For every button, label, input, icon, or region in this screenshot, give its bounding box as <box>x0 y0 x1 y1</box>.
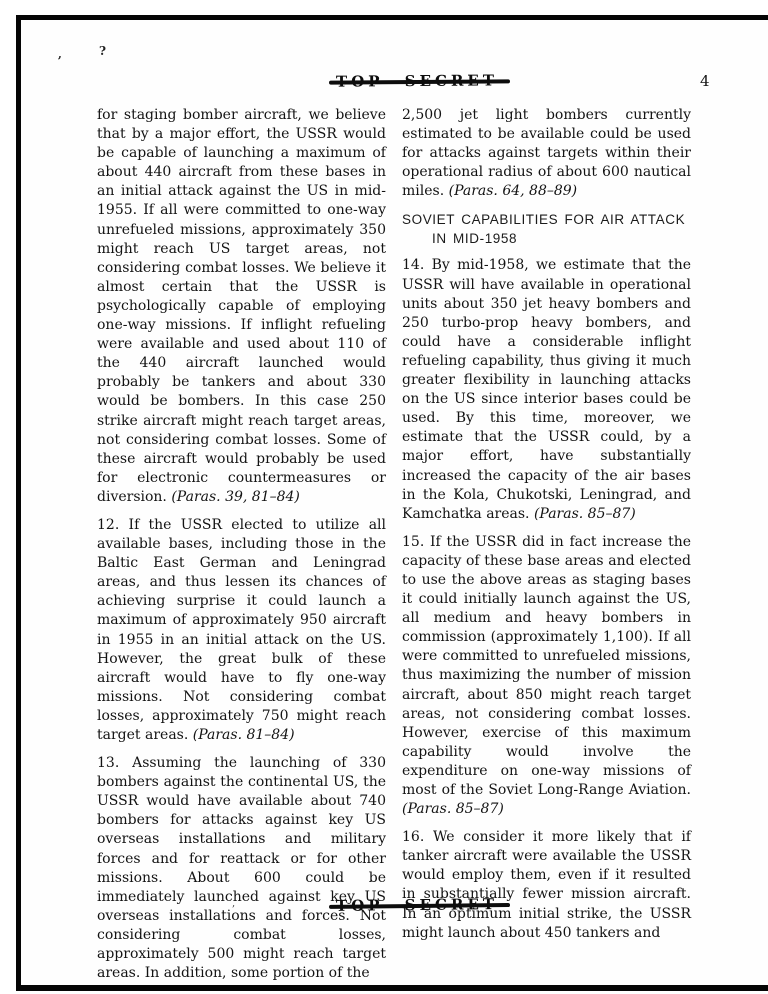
paragraph-reference: (Paras. 64, 88–89) <box>449 183 578 199</box>
section-heading-line1: SOVIET CAPABILITIES FOR AIR ATTACK <box>402 212 685 227</box>
paragraph-16: 16. We consider it more likely that if t… <box>402 828 691 943</box>
paragraph-text: 15. If the USSR did in fact increase the… <box>402 534 691 798</box>
paragraph-14: 14. By mid-1958, we estimate that the US… <box>402 256 691 523</box>
paragraph-15: 15. If the USSR did in fact increase the… <box>402 533 691 819</box>
paragraph-text: 14. By mid-1958, we estimate that the US… <box>402 257 691 521</box>
paragraph-13: 13. Assuming the launching of 330 bomber… <box>97 754 386 983</box>
scan-artifact: ? <box>99 44 106 58</box>
section-heading: SOVIET CAPABILITIES FOR AIR ATTACK IN MI… <box>402 210 691 248</box>
paragraph-text: 12. If the USSR elected to utilize all a… <box>97 517 386 743</box>
paragraph-text: 13. Assuming the launching of 330 bomber… <box>97 755 386 981</box>
right-column: 2,500 jet light bombers currently estima… <box>402 106 691 992</box>
paragraph-reference: (Paras. 39, 81–84) <box>171 489 300 505</box>
classification-stamp-header: TOP SECRET <box>336 71 498 90</box>
scan-artifact: , <box>58 48 62 61</box>
classification-stamp-footer: TOP SECRET <box>336 895 498 915</box>
section-heading-line2: IN MID-1958 <box>402 229 691 248</box>
paragraph-reference: (Paras. 85–87) <box>402 801 504 817</box>
paragraph-reference: (Paras. 85–87) <box>534 506 636 522</box>
left-column: for staging bomber aircraft, we believe … <box>97 106 386 992</box>
paragraph-continuation: 2,500 jet light bombers currently estima… <box>402 106 691 201</box>
text-columns: for staging bomber aircraft, we believe … <box>97 106 691 992</box>
paragraph-reference: (Paras. 81–84) <box>193 727 295 743</box>
paragraph-text: for staging bomber aircraft, we believe … <box>97 107 386 505</box>
document-page: , ? , TOP SECRET 4 for staging bomber ai… <box>21 20 768 986</box>
paragraph-continuation: for staging bomber aircraft, we believe … <box>97 106 386 507</box>
paragraph-12: 12. If the USSR elected to utilize all a… <box>97 516 386 745</box>
paragraph-text: 16. We consider it more likely that if t… <box>402 829 691 940</box>
page-number: 4 <box>700 72 710 90</box>
